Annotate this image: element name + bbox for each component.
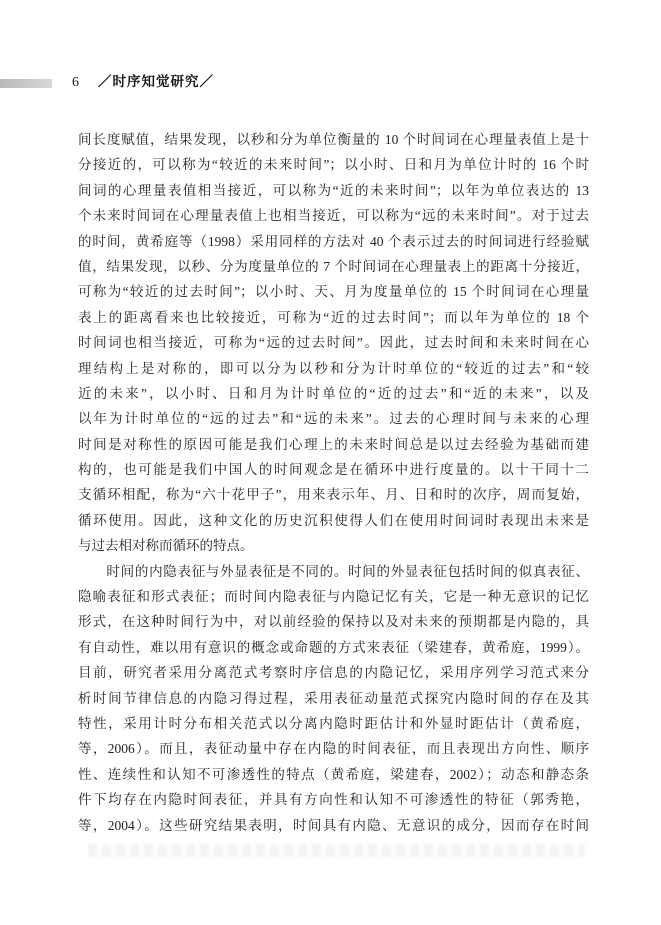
body-text-line: 形式，在这种时间行为中，对以前经验的保持以及对未来的预期都是内隐的，具 <box>78 609 589 634</box>
body-text-line: 有自动性，难以用有意识的概念或命题的方式来表征（梁建春，黄希庭，1999）。 <box>78 635 589 660</box>
body-text-line: 以年为计时单位的“远的过去”和“远的未来”。过去的心理时间与未来的心理 <box>78 406 589 431</box>
body-text: 间长度赋值，结果发现，以秒和分为单位衡量的 10 个时间词在心理量表值上是十分接… <box>78 127 589 838</box>
body-text-line: 理结构上是对称的，即可以分为以秒和分为计时单位的“较近的过去”和“较 <box>78 356 589 381</box>
body-text-line: 性、连续性和认知不可渗透性的特点（黄希庭，梁建春，2002）；动态和静态条 <box>78 762 589 787</box>
paragraph-2: 时间的内隐表征与外显表征是不同的。时间的外显表征包括时间的似真表征、隐喻表征和形… <box>78 559 589 838</box>
page-number: 6 <box>72 75 79 91</box>
body-text-line: 等，2006）。而且，表征动量中存在内隐的时间表征，而且表现出方向性、顺序 <box>78 736 589 761</box>
body-text-line: 构的，也可能是我们中国人的时间观念是在循环中进行度量的。以十干同十二 <box>78 457 589 482</box>
body-text-line: 循环使用。因此，这种文化的历史沉积使得人们在使用时间词时表现出未来是 <box>78 508 589 533</box>
body-text-line: 间词的心理量表值相当接近，可以称为“近的未来时间”；以年为单位表达的 13 <box>78 178 589 203</box>
body-text-line: 时间是对称性的原因可能是我们心理上的未来时间总是以过去经验为基础而建 <box>78 432 589 457</box>
header-edge-bar <box>0 79 52 88</box>
body-text-line: 与过去相对称而循环的特点。 <box>78 533 589 558</box>
body-text-line: 隐喻表征和形式表征；而时间内隐表征与内隐记忆有关，它是一种无意识的记忆 <box>78 584 589 609</box>
book-page: 6 ／时序知觉研究／ 间长度赋值，结果发现，以秒和分为单位衡量的 10 个时间词… <box>0 0 661 925</box>
body-text-line: 时间词也相当接近，可称为“远的过去时间”。因此，过去时间和未来时间在心 <box>78 330 589 355</box>
body-text-line: 可称为“较近的过去时间”；以小时、天、月为度量单位的 15 个时间词在心理量 <box>78 279 589 304</box>
showthrough-ghost-text <box>88 844 585 857</box>
running-header: 6 ／时序知觉研究／ <box>72 70 214 90</box>
body-text-line: 等，2004）。这些研究结果表明，时间具有内隐、无意识的成分，因而存在时间 <box>78 813 589 838</box>
body-text-line: 件下均存在内隐时间表征，并具有方向性和认知不可渗透性的特征（郭秀艳， <box>78 787 589 812</box>
body-text-line: 支循环相配，称为“六十花甲子”，用来表示年、月、日和时的次序，周而复始， <box>78 482 589 507</box>
body-text-line: 个未来时间词在心理量表值上也相当接近，可以称为“远的未来时间”。对于过去 <box>78 203 589 228</box>
body-text-line: 近的未来”，以小时、日和月为计时单位的“近的过去”和“近的未来”，以及 <box>78 381 589 406</box>
paragraph-1: 间长度赋值，结果发现，以秒和分为单位衡量的 10 个时间词在心理量表值上是十分接… <box>78 127 589 559</box>
body-text-line: 的时间，黄希庭等（1998）采用同样的方法对 40 个表示过去的时间词进行经验赋 <box>78 229 589 254</box>
body-text-line: 目前，研究者采用分离范式考察时序信息的内隐记忆，采用序列学习范式来分 <box>78 660 589 685</box>
body-text-line: 间长度赋值，结果发现，以秒和分为单位衡量的 10 个时间词在心理量表值上是十 <box>78 127 589 152</box>
body-text-line: 表上的距离看来也比较接近，可称为“近的过去时间”；而以年为单位的 18 个 <box>78 305 589 330</box>
body-text-line: 分接近的，可以称为“较近的未来时间”；以小时、日和月为单位计时的 16 个时 <box>78 152 589 177</box>
body-text-line: 析时间节律信息的内隐习得过程，采用表征动量范式探究内隐时间的存在及其 <box>78 686 589 711</box>
book-title: ／时序知觉研究／ <box>98 70 214 90</box>
body-text-line: 特性，采用计时分布相关范式以分离内隐时距估计和外显时距估计（黄希庭， <box>78 711 589 736</box>
body-text-line: 时间的内隐表征与外显表征是不同的。时间的外显表征包括时间的似真表征、 <box>78 559 589 584</box>
body-text-line: 值，结果发现，以秒、分为度量单位的 7 个时间词在心理量表上的距离十分接近， <box>78 254 589 279</box>
